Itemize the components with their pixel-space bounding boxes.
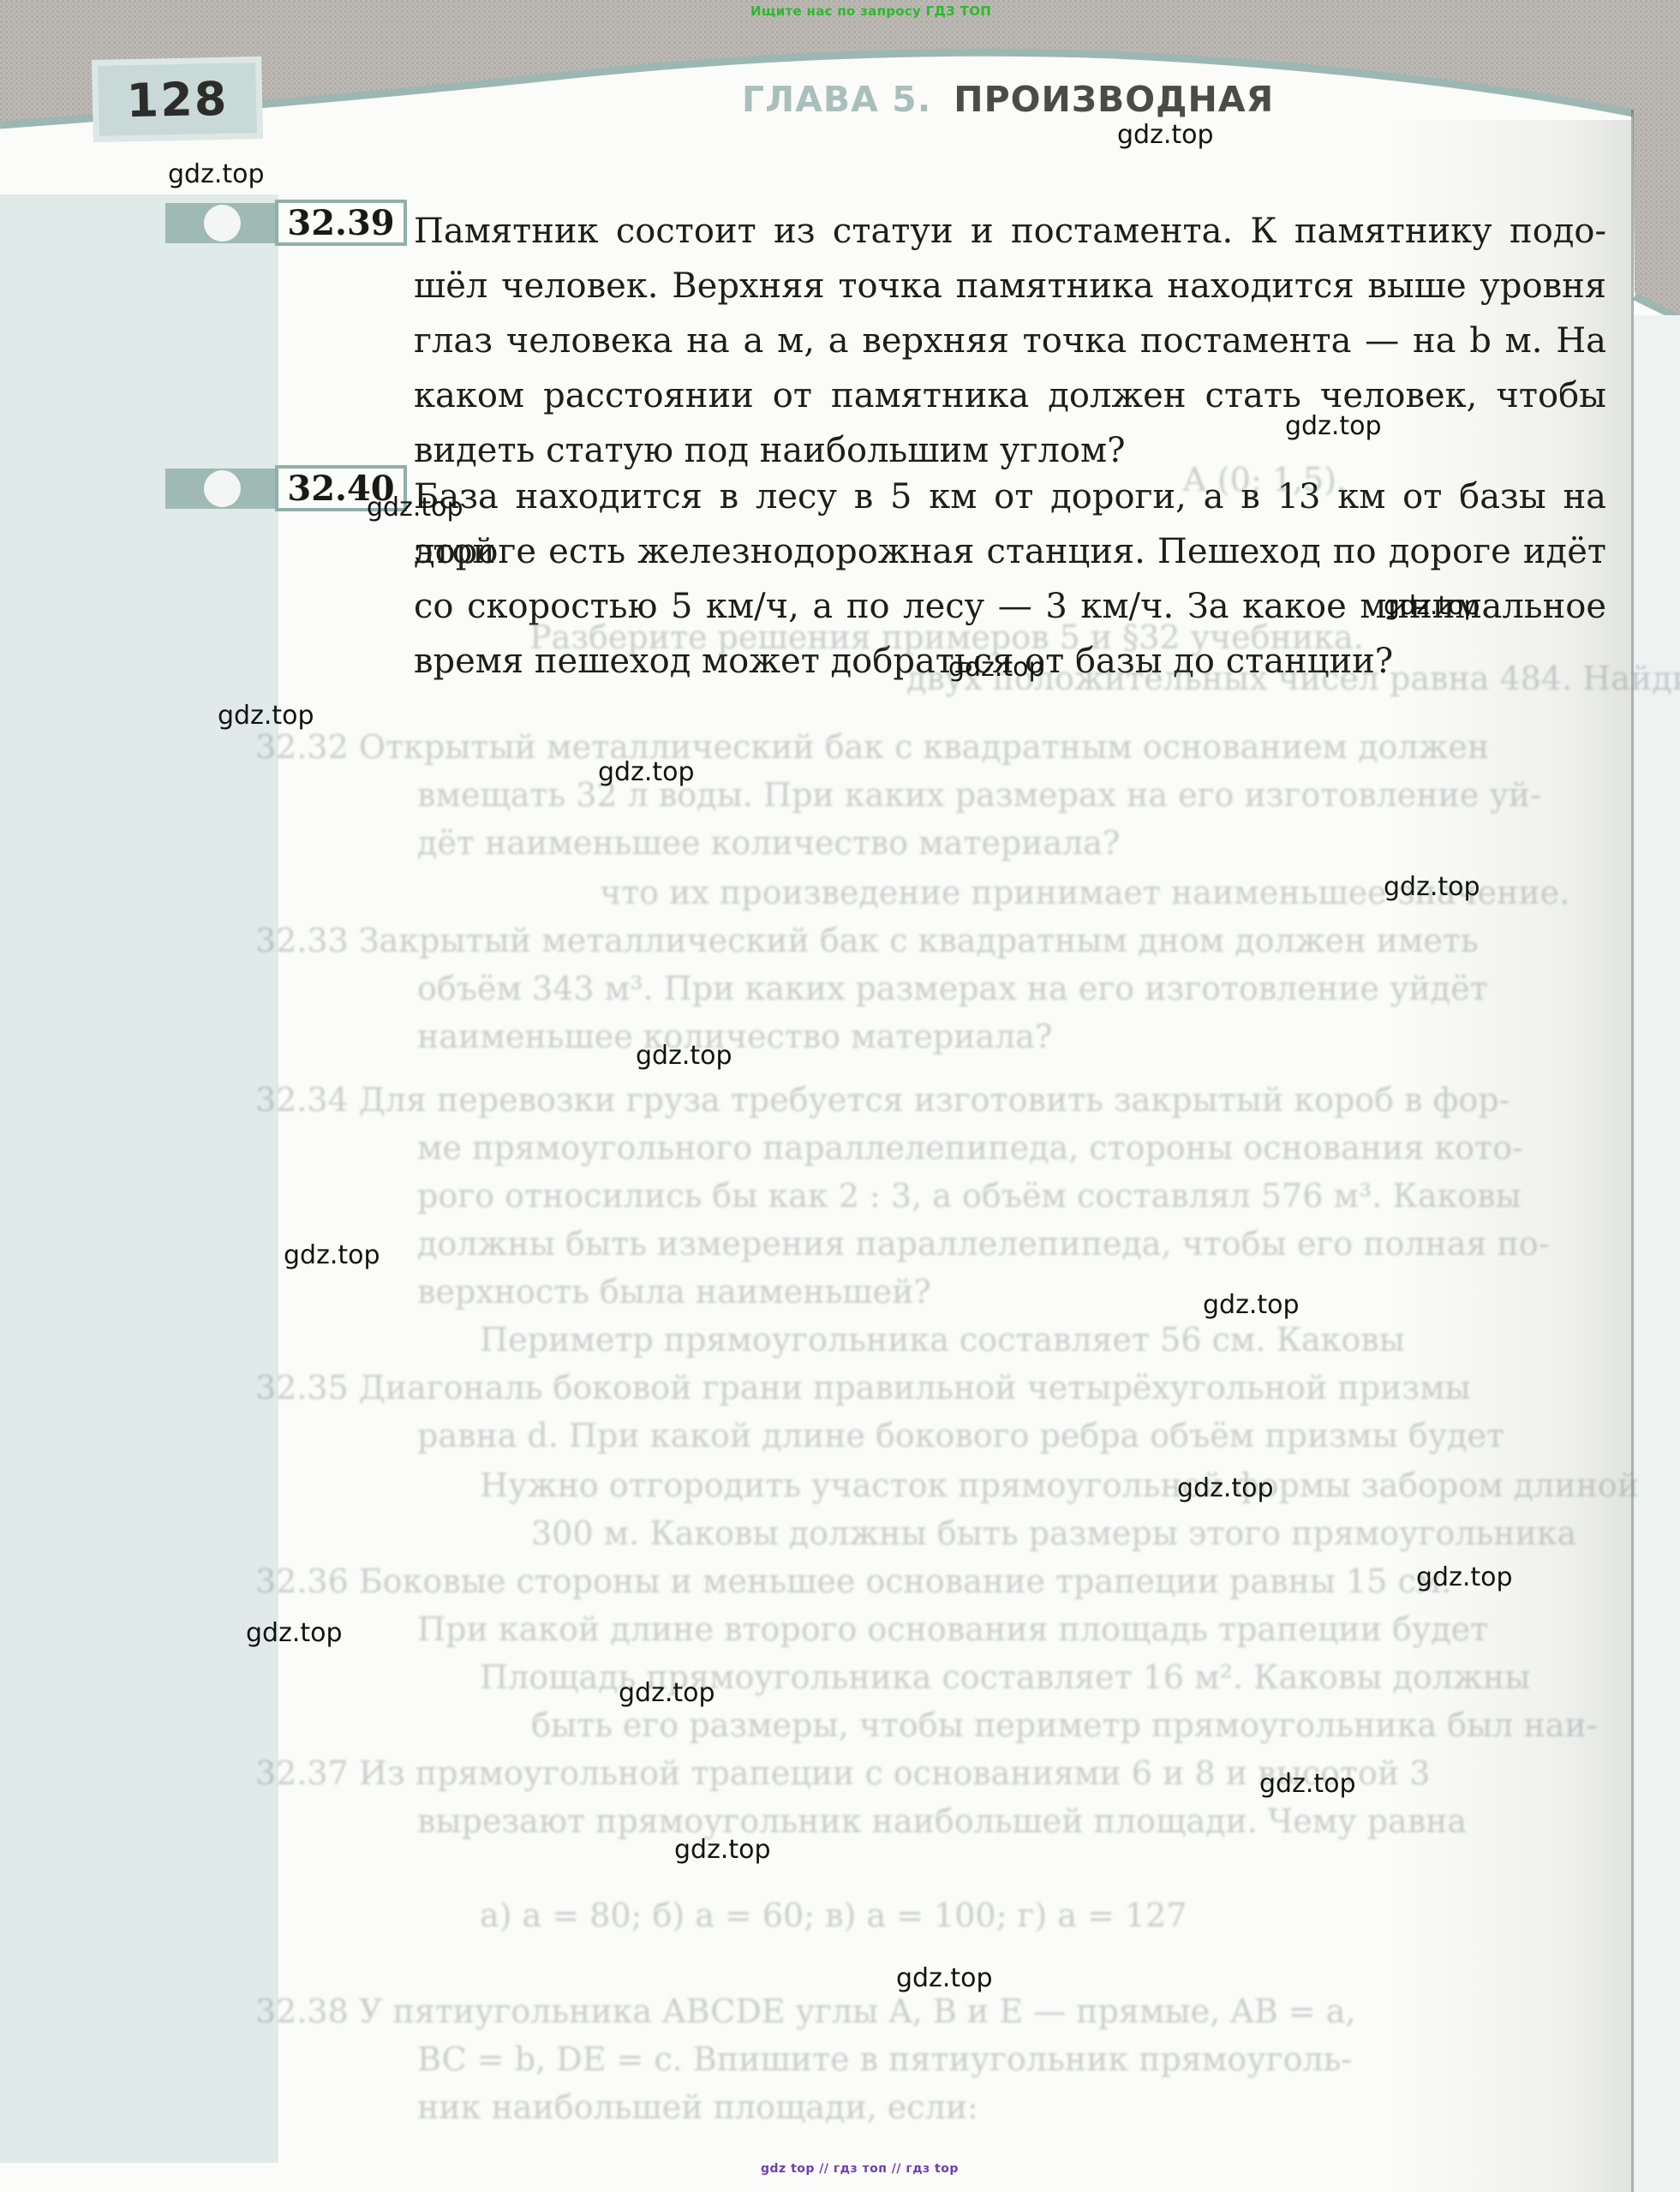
badge-circle-icon [204, 470, 241, 507]
gdz-watermark: gdz.top [1384, 872, 1480, 902]
gdz-watermark: gdz.top [1259, 1769, 1356, 1799]
gdz-watermark: gdz.top [168, 159, 265, 189]
gdz-watermark: gdz.top [619, 1678, 715, 1708]
gdz-watermark: gdz.top [367, 493, 463, 523]
problem-badge: 32.40 [0, 465, 411, 513]
ghost-line: 32.34 Для перевозки груза требуется изго… [255, 1081, 1510, 1119]
page-number-box: 128 [92, 57, 263, 142]
gdz-watermark: gdz.top [1384, 591, 1480, 621]
ghost-line: равна d. При какой длине бокового ребра … [417, 1417, 1504, 1454]
ghost-line: дёт наименьшее количество материала? [417, 824, 1120, 862]
ghost-line: должны быть измерения параллелепипеда, ч… [417, 1225, 1550, 1263]
page-fold-line [1631, 110, 1634, 2192]
ghost-line: 32.38 У пятиугольника ABCDE углы A, B и … [255, 1992, 1355, 2030]
ghost-line: вмещать 32 л воды. При каких размерах на… [417, 776, 1541, 814]
gdz-watermark: gdz.top [284, 1240, 380, 1270]
ghost-line: Периметр прямоугольника составляет 56 см… [480, 1321, 1405, 1359]
ghost-line: вырезают прямоугольник наибольшей площад… [417, 1802, 1467, 1840]
problem-line: дороге есть железнодорожная станция. Пеш… [414, 524, 1606, 579]
problem-line: глаз человека на a м, а верхняя точка по… [414, 314, 1606, 368]
ghost-line: наименьшее количество материала? [417, 1018, 1052, 1055]
gdz-watermark: gdz.top [636, 1041, 732, 1071]
problem-line: Памятник состоит из статуи и постамента.… [414, 204, 1606, 259]
ghost-line: ник наибольшей площади, если: [417, 2088, 978, 2126]
chapter-title: ПРОИЗВОДНАЯ [954, 79, 1274, 120]
chapter-label: ГЛАВА 5. [742, 79, 931, 120]
ghost-line: 32.36 Боковые стороны и меньшее основани… [255, 1562, 1451, 1600]
gdz-watermark: gdz.top [1203, 1290, 1300, 1320]
problem-number: 32.39 [275, 200, 407, 246]
ghost-line: объём 343 м³. При каких размерах на его … [417, 970, 1488, 1007]
ghost-line: BC = b, DE = c. Впишите в пятиугольник п… [417, 2040, 1352, 2078]
ghost-line: При какой длине второго основания площад… [417, 1610, 1488, 1648]
gdz-watermark: gdz.top [1285, 411, 1382, 441]
ghost-line: 32.32 Открытый металлический бак с квадр… [255, 728, 1489, 766]
page-number: 128 [126, 71, 229, 127]
gdz-watermark: gdz.top [1117, 120, 1214, 150]
ghost-line: 32.33 Закрытый металлический бак с квадр… [255, 922, 1479, 959]
ghost-line: а) a = 80; б) a = 60; в) a = 100; г) a =… [480, 1896, 1187, 1934]
gdz-watermark: gdz.top [1177, 1473, 1274, 1503]
ghost-line: 32.37 Из прямоугольной трапеции с основа… [255, 1754, 1430, 1792]
gdz-watermark: gdz.top [896, 1963, 993, 1993]
promo-banner-text: Ищите нас по запросу ГДЗ ТОП [750, 3, 991, 19]
problem-line: каком расстоянии от памятника должен ста… [414, 368, 1606, 423]
gdz-watermark: gdz.top [598, 757, 695, 787]
footer-links[interactable]: gdz top // гдз топ // гдз top [761, 2162, 959, 2176]
ghost-line: верхность была наименьшей? [417, 1273, 931, 1311]
gdz-watermark: gdz.top [246, 1618, 343, 1648]
ghost-line: 300 м. Каковы должны быть размеры этого … [531, 1514, 1576, 1552]
scanned-textbook-page: Ищите нас по запросу ГДЗ ТОП 128 ГЛАВА 5… [0, 0, 1680, 2192]
gdz-watermark: gdz.top [1416, 1562, 1513, 1592]
gdz-watermark: gdz.top [218, 701, 314, 731]
ghost-line: Нужно отгородить участок прямоугольной ф… [480, 1466, 1639, 1504]
problem-line: шёл человек. Верхняя точка памятника нах… [414, 259, 1606, 314]
chapter-heading: ГЛАВА 5.ПРОИЗВОДНАЯ [742, 79, 1274, 120]
ghost-line: Разберите решения примеров 5 и §32 учебн… [529, 618, 1364, 656]
ghost-line: 32.35 Диагональ боковой грани правильной… [255, 1369, 1471, 1407]
ghost-line: ме прямоугольного параллелепипеда, сторо… [417, 1129, 1523, 1167]
ghost-line: быть его размеры, чтобы периметр прямоуг… [531, 1706, 1598, 1744]
badge-circle-icon [204, 205, 241, 242]
gdz-watermark: gdz.top [674, 1835, 771, 1865]
problem-line: База находится в лесу в 5 км от дороги, … [414, 469, 1606, 524]
gdz-watermark: gdz.top [948, 653, 1045, 683]
problem-badge: 32.39 [0, 200, 411, 248]
ghost-line: рого относились бы как 2 : 3, а объём со… [417, 1177, 1522, 1215]
right-page-edge [1634, 315, 1680, 2192]
ghost-line: А (0; 1,5). [1182, 461, 1347, 499]
